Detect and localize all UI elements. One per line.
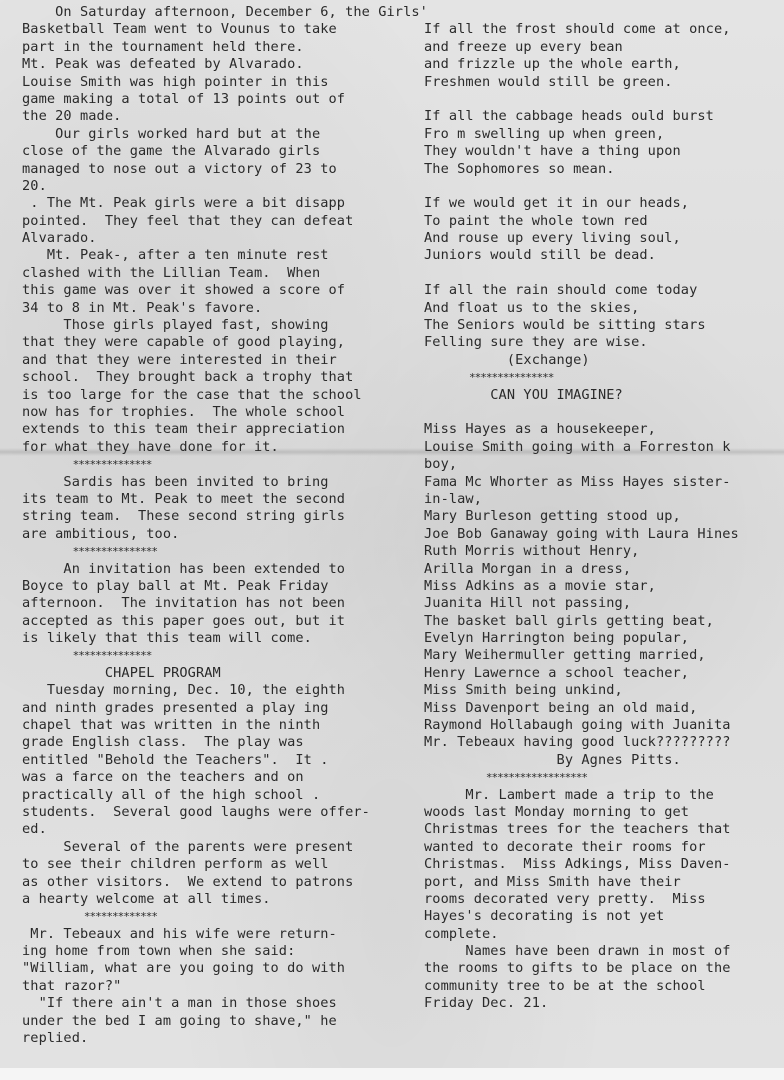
text-line: Names have been drawn in most of — [424, 943, 784, 960]
section-divider: ****************** — [424, 769, 784, 786]
text-line: Juanita Hill not passing, — [424, 595, 784, 612]
text-line: afternoon. The invitation has not been — [22, 595, 402, 612]
text-line: Sardis has been invited to bring — [22, 474, 402, 491]
text-line: chapel that was written in the ninth — [22, 717, 402, 734]
text-line: and that they were interested in their — [22, 352, 402, 369]
text-line: port, and Miss Smith have their — [424, 874, 784, 891]
text-line: woods last Monday morning to get — [424, 804, 784, 821]
text-line: was a farce on the teachers and on — [22, 769, 402, 786]
text-line: rooms decorated very pretty. Miss — [424, 891, 784, 908]
text-line: 20. — [22, 178, 402, 195]
section-divider: *************** — [22, 543, 402, 560]
text-line: managed to nose out a victory of 23 to — [22, 161, 402, 178]
text-line: complete. — [424, 926, 784, 943]
paper-bottom-edge — [0, 1068, 784, 1080]
text-line: If we would get it in our heads, — [424, 195, 784, 212]
left-column: On Saturday afternoon, December 6, the G… — [22, 0, 402, 1047]
text-line: practically all of the high school . — [22, 787, 402, 804]
text-line: To paint the whole town red — [424, 213, 784, 230]
right-column: If all the frost should come at once,and… — [424, 0, 784, 1013]
text-line: wanted to decorate their rooms for — [424, 839, 784, 856]
text-line: Tuesday morning, Dec. 10, the eighth — [22, 682, 402, 699]
text-line: game making a total of 13 points out of — [22, 91, 402, 108]
text-line: Alvarado. — [22, 230, 402, 247]
text-line: Boyce to play ball at Mt. Peak Friday — [22, 578, 402, 595]
text-line: Evelyn Harrington being popular, — [424, 630, 784, 647]
text-line: that they were capable of good playing, — [22, 334, 402, 351]
text-line: Those girls played fast, showing — [22, 317, 402, 334]
text-line: Louise Smith was high pointer in this — [22, 74, 402, 91]
text-line: The Sophomores so mean. — [424, 161, 784, 178]
text-line: Friday Dec. 21. — [424, 995, 784, 1012]
text-line: The basket ball girls getting beat, — [424, 613, 784, 630]
text-line: Miss Adkins as a movie star, — [424, 578, 784, 595]
text-line: (Exchange) — [424, 352, 784, 369]
text-line: pointed. They feel that they can defeat — [22, 213, 402, 230]
text-line: And rouse up every living soul, — [424, 230, 784, 247]
text-line: extends to this team their appreciation — [22, 421, 402, 438]
text-line: Mary Burleson getting stood up, — [424, 508, 784, 525]
section-divider: ************** — [22, 456, 402, 473]
text-line: Raymond Hollabaugh going with Juanita — [424, 717, 784, 734]
text-line — [424, 404, 784, 421]
text-line — [424, 265, 784, 282]
text-line: Mt. Peak was defeated by Alvarado. — [22, 56, 402, 73]
text-line: Miss Hayes as a housekeeper, — [424, 421, 784, 438]
text-line: the rooms to gifts to be place on the — [424, 960, 784, 977]
text-line: 34 to 8 in Mt. Peak's favore. — [22, 300, 402, 317]
text-line: is likely that this team will come. — [22, 630, 402, 647]
text-line: Our girls worked hard but at the — [22, 126, 402, 143]
text-line: Christmas trees for the teachers that — [424, 821, 784, 838]
text-line: that razor?" — [22, 978, 402, 995]
text-line: its team to Mt. Peak to meet the second — [22, 491, 402, 508]
text-line: . The Mt. Peak girls were a bit disapp — [22, 195, 402, 212]
text-line — [424, 178, 784, 195]
text-line: and freeze up every bean — [424, 39, 784, 56]
text-line: Hayes's decorating is not yet — [424, 908, 784, 925]
text-line: for what they have done for it. — [22, 439, 402, 456]
text-line: ed. — [22, 821, 402, 838]
text-line: close of the game the Alvarado girls — [22, 143, 402, 160]
text-line: "William, what are you going to do with — [22, 960, 402, 977]
text-line: a hearty welcome at all times. — [22, 891, 402, 908]
text-line: Mr. Tebeaux and his wife were return- — [22, 926, 402, 943]
text-line: By Agnes Pitts. — [424, 752, 784, 769]
text-line: They wouldn't have a thing upon — [424, 143, 784, 160]
text-line: Christmas. Miss Adkings, Miss Daven- — [424, 856, 784, 873]
text-line: Mt. Peak-, after a ten minute rest — [22, 247, 402, 264]
text-line: CHAPEL PROGRAM — [22, 665, 402, 682]
text-line: Miss Smith being unkind, — [424, 682, 784, 699]
text-line: Miss Davenport being an old maid, — [424, 700, 784, 717]
text-line: are ambitious, too. — [22, 526, 402, 543]
text-line: community tree to be at the school — [424, 978, 784, 995]
text-line: under the bed I am going to shave," he — [22, 1013, 402, 1030]
text-line: And float us to the skies, — [424, 300, 784, 317]
text-line: entitled "Behold the Teachers". It . — [22, 752, 402, 769]
text-line: Joe Bob Ganaway going with Laura Hines — [424, 526, 784, 543]
text-line: ing home from town when she said: — [22, 943, 402, 960]
text-line: On Saturday afternoon, December 6, the G… — [22, 4, 402, 21]
text-line: the 20 made. — [22, 108, 402, 125]
text-line: Ruth Morris without Henry, — [424, 543, 784, 560]
text-line: and frizzle up the whole earth, — [424, 56, 784, 73]
section-divider: ************** — [22, 647, 402, 664]
text-line: Fro m swelling up when green, — [424, 126, 784, 143]
text-line: Louise Smith going with a Forreston k — [424, 439, 784, 456]
text-line: clashed with the Lillian Team. When — [22, 265, 402, 282]
text-line: Henry Lawernce a school teacher, — [424, 665, 784, 682]
text-line: now has for trophies. The whole school — [22, 404, 402, 421]
text-line: Mary Weihermuller getting married, — [424, 647, 784, 664]
text-line: grade English class. The play was — [22, 734, 402, 751]
text-line: to see their children perform as well — [22, 856, 402, 873]
text-line: replied. — [22, 1030, 402, 1047]
text-line: school. They brought back a trophy that — [22, 369, 402, 386]
text-line — [424, 91, 784, 108]
text-line: If all the frost should come at once, — [424, 21, 784, 38]
text-line: An invitation has been extended to — [22, 561, 402, 578]
text-line: CAN YOU IMAGINE? — [424, 387, 784, 404]
text-line: "If there ain't a man in those shoes — [22, 995, 402, 1012]
text-line: this game was over it showed a score of — [22, 282, 402, 299]
text-line: Mr. Lambert made a trip to the — [424, 787, 784, 804]
text-line: students. Several good laughs were offer… — [22, 804, 402, 821]
section-divider: ************* — [22, 908, 402, 925]
text-line: Freshmen would still be green. — [424, 74, 784, 91]
text-line: string team. These second string girls — [22, 508, 402, 525]
text-line: Mr. Tebeaux having good luck????????? — [424, 734, 784, 751]
text-line: boy, — [424, 456, 784, 473]
text-line: and ninth grades presented a play ing — [22, 700, 402, 717]
text-line: accepted as this paper goes out, but it — [22, 613, 402, 630]
text-line — [424, 4, 784, 21]
text-line: If all the cabbage heads ould burst — [424, 108, 784, 125]
text-line: Several of the parents were present — [22, 839, 402, 856]
text-line: in-law, — [424, 491, 784, 508]
text-line: The Seniors would be sitting stars — [424, 317, 784, 334]
text-line: If all the rain should come today — [424, 282, 784, 299]
text-line: Arilla Morgan in a dress, — [424, 561, 784, 578]
section-divider: *************** — [424, 369, 784, 386]
text-line: as other visitors. We extend to patrons — [22, 874, 402, 891]
text-line: Felling sure they are wise. — [424, 334, 784, 351]
text-line: Juniors would still be dead. — [424, 247, 784, 264]
text-line: is too large for the case that the schoo… — [22, 387, 402, 404]
text-line: part in the tournament held there. — [22, 39, 402, 56]
text-line: Fama Mc Whorter as Miss Hayes sister- — [424, 474, 784, 491]
text-line: Basketball Team went to Vounus to take — [22, 21, 402, 38]
